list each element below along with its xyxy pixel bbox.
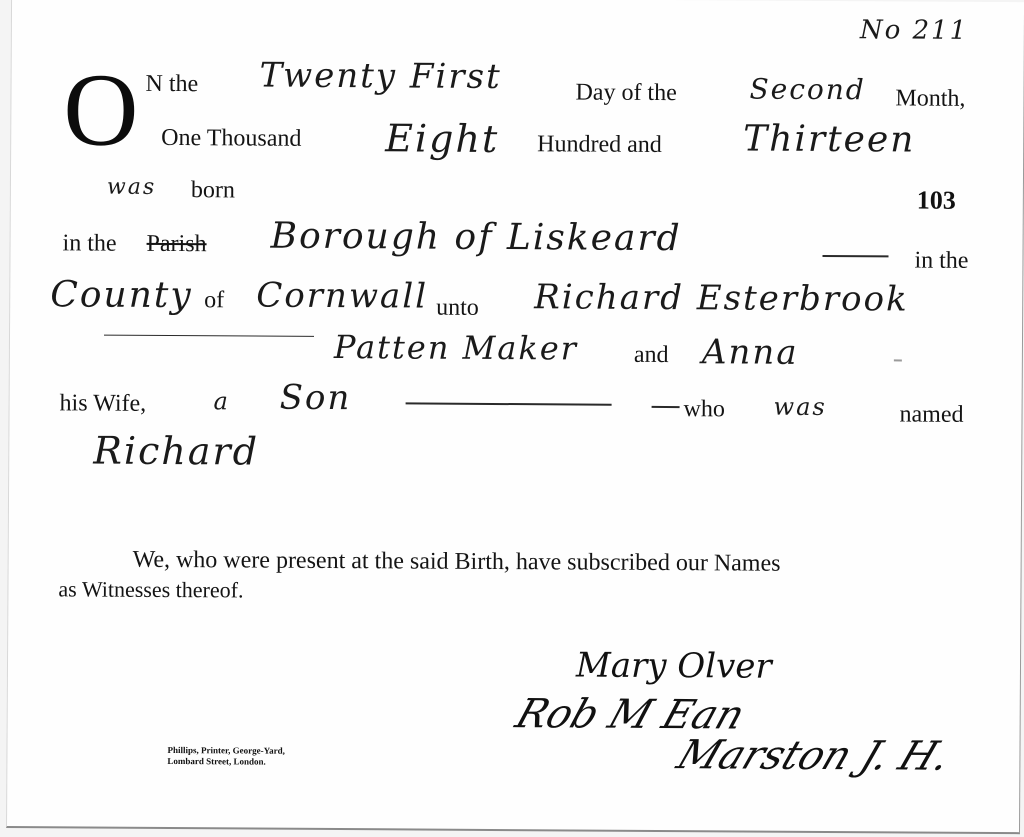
line5-printed-b: unto	[436, 295, 479, 322]
line1-printed-a: N the	[145, 71, 198, 98]
line1-printed-c: Month,	[895, 85, 965, 112]
handwritten-was: was	[107, 175, 156, 200]
handwritten-day: Twenty First	[259, 56, 501, 97]
line3-printed: born	[191, 177, 235, 204]
handwritten-year-a: Eight	[385, 116, 499, 161]
line2-printed-a: One Thousand	[161, 125, 301, 153]
struck-parish: Parish	[146, 231, 206, 258]
line4-printed-a: in the	[62, 230, 116, 257]
handwritten-place: Borough of Liskeard	[270, 216, 681, 260]
line7-printed-a: his Wife,	[60, 390, 147, 418]
county-rule	[104, 335, 314, 337]
line6-printed: and	[634, 342, 669, 369]
handwritten-month: Second	[749, 73, 865, 107]
register-number-stamp: 103	[917, 186, 956, 216]
line7-printed-c: named	[899, 401, 963, 428]
witness-signature-3: Marston J. H.	[671, 732, 957, 780]
line1-printed-b: Day of the	[575, 79, 676, 107]
sex-rule-2	[652, 406, 680, 408]
handwritten-occupation: Patten Maker	[334, 328, 578, 367]
printer-imprint: Phillips, Printer, George-Yard, Lombard …	[167, 745, 285, 768]
handwritten-child-name: Richard	[93, 429, 259, 474]
handwritten-was-2: was	[774, 393, 827, 421]
line5-printed-a: of	[204, 287, 224, 314]
witness-statement-line2: as Witnesses thereof.	[58, 576, 243, 603]
handwritten-county: County	[50, 274, 193, 316]
handwritten-county-name: Cornwall	[256, 276, 428, 317]
certificate-number: No 211	[860, 15, 968, 46]
witness-statement-line1: We, who were present at the said Birth, …	[133, 547, 781, 578]
sex-rule-1	[406, 402, 612, 405]
line4-printed-b: in the	[914, 248, 968, 275]
printer-imprint-line2: Lombard Street, London.	[167, 756, 284, 768]
line2-printed-b: Hundred and	[537, 131, 662, 159]
handwritten-year-b: Thirteen	[743, 118, 915, 160]
handwritten-father: Richard Esterbrook	[534, 277, 909, 319]
handwritten-sex: Son	[280, 378, 352, 418]
handwritten-a: a	[214, 387, 230, 415]
document-page: No 211 O N the Twenty First Day of the S…	[6, 0, 1024, 834]
printer-imprint-line1: Phillips, Printer, George-Yard,	[167, 745, 284, 757]
handwritten-mother: Anna	[702, 332, 799, 373]
mother-rule	[894, 359, 902, 361]
witness-signature-1: Mary Olver	[576, 645, 772, 686]
line7-printed-b: who	[683, 396, 725, 423]
place-rule	[823, 255, 889, 257]
drop-cap: O	[63, 58, 139, 162]
